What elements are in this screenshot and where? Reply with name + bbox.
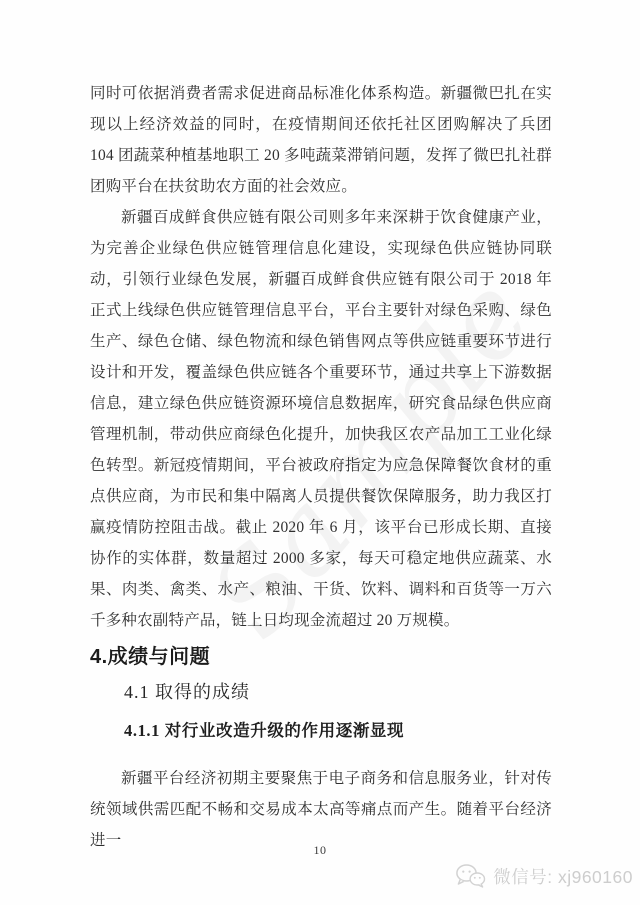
section-heading-4: 4.成绩与问题 (90, 643, 552, 671)
page-content: 同时可依据消费者需求促进商品标准化体系构造。新疆微巴扎在实现以上经济效益的同时，… (90, 78, 552, 856)
paragraph-supply-chain: 新疆百成鲜食供应链有限公司则多年来深耕于饮食健康产业，为完善企业绿色供应链管理信… (90, 202, 552, 636)
subsection-heading-4-1: 4.1 取得的成绩 (90, 679, 552, 705)
wechat-watermark: 微信号: xj960160 (455, 863, 633, 889)
wechat-id-label: 微信号: xj960160 (493, 864, 633, 889)
document-page: Sample 同时可依据消费者需求促进商品标准化体系构造。新疆微巴扎在实现以上经… (0, 0, 640, 905)
paragraph-continuation: 同时可依据消费者需求促进商品标准化体系构造。新疆微巴扎在实现以上经济效益的同时，… (90, 78, 552, 202)
page-number: 10 (0, 843, 640, 858)
subsection-heading-4-1-1: 4.1.1 对行业改造升级的作用逐渐显现 (90, 718, 552, 743)
wechat-icon (455, 863, 486, 889)
